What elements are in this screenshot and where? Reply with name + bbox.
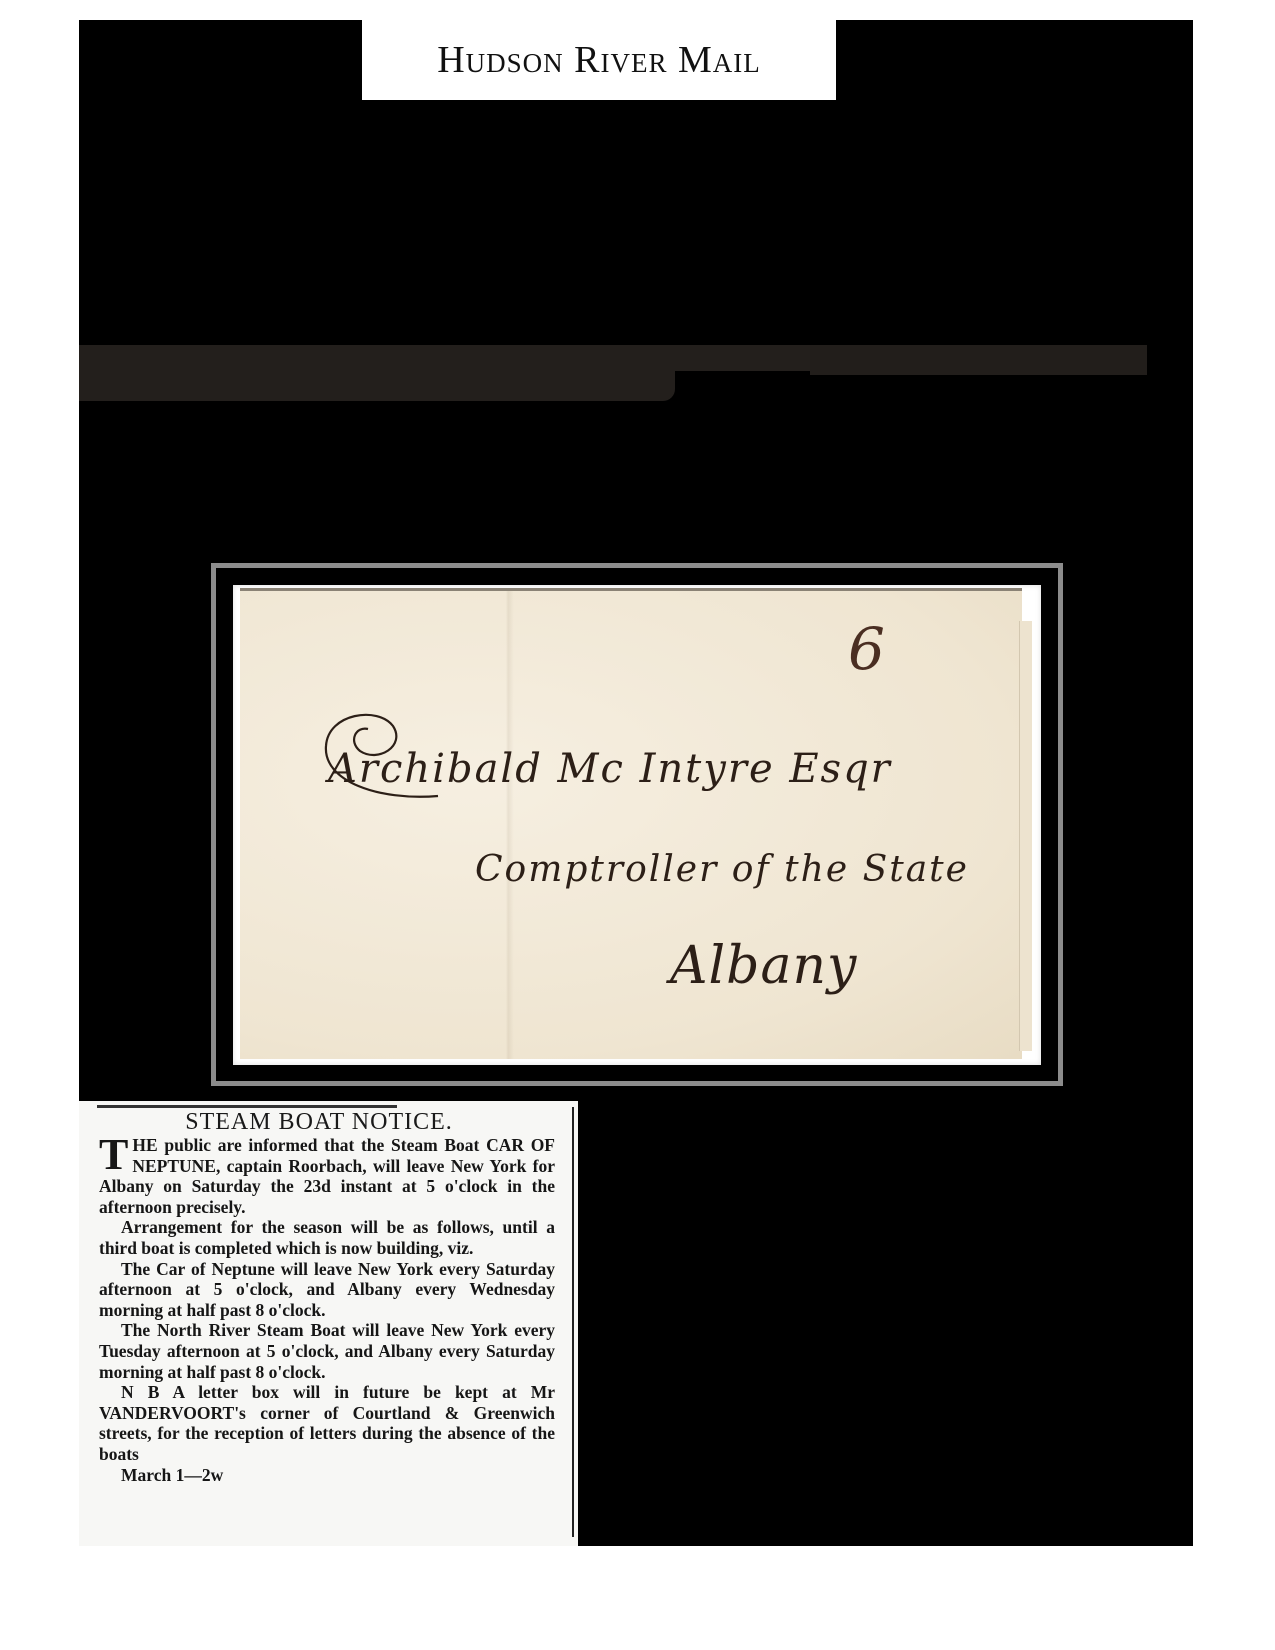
clipping-paragraph: N B A letter box will in future be kept … [99,1382,555,1464]
redacted-text-bar [79,368,675,401]
clipping-paragraph: The North River Steam Boat will leave Ne… [99,1320,555,1382]
clipping-paragraph: Arrangement for the season will be as fo… [99,1217,555,1258]
page-title-box: Hudson River Mail [362,20,836,100]
destination-city: Albany [670,936,857,996]
redacted-text-bar [810,345,1147,375]
clipping-body: THE public are informed that the Steam B… [99,1135,555,1485]
letter-fold-edge [1019,621,1032,1051]
addressee-title: Comptroller of the State [475,849,969,890]
manuscript-rate-marking: 6 [848,615,885,683]
newspaper-clipping: STEAM BOAT NOTICE. THE public are inform… [79,1101,578,1546]
addressee-name: Archibald Mc Intyre Esqr [328,746,892,792]
clipping-paragraph: The Car of Neptune will leave New York e… [99,1259,555,1321]
clipping-dateline: March 1—2w [99,1465,555,1486]
page-title: Hudson River Mail [437,38,761,82]
clipping-column-rule [572,1107,574,1537]
dropcap: T [99,1137,128,1173]
clipping-top-rule [97,1105,397,1108]
clipping-heading: STEAM BOAT NOTICE. [79,1109,559,1136]
stampless-folded-letter: 6 Archibald Mc Intyre Esqr Comptroller o… [240,588,1022,1059]
clipping-paragraph: HE public are informed that the Steam Bo… [99,1135,555,1217]
